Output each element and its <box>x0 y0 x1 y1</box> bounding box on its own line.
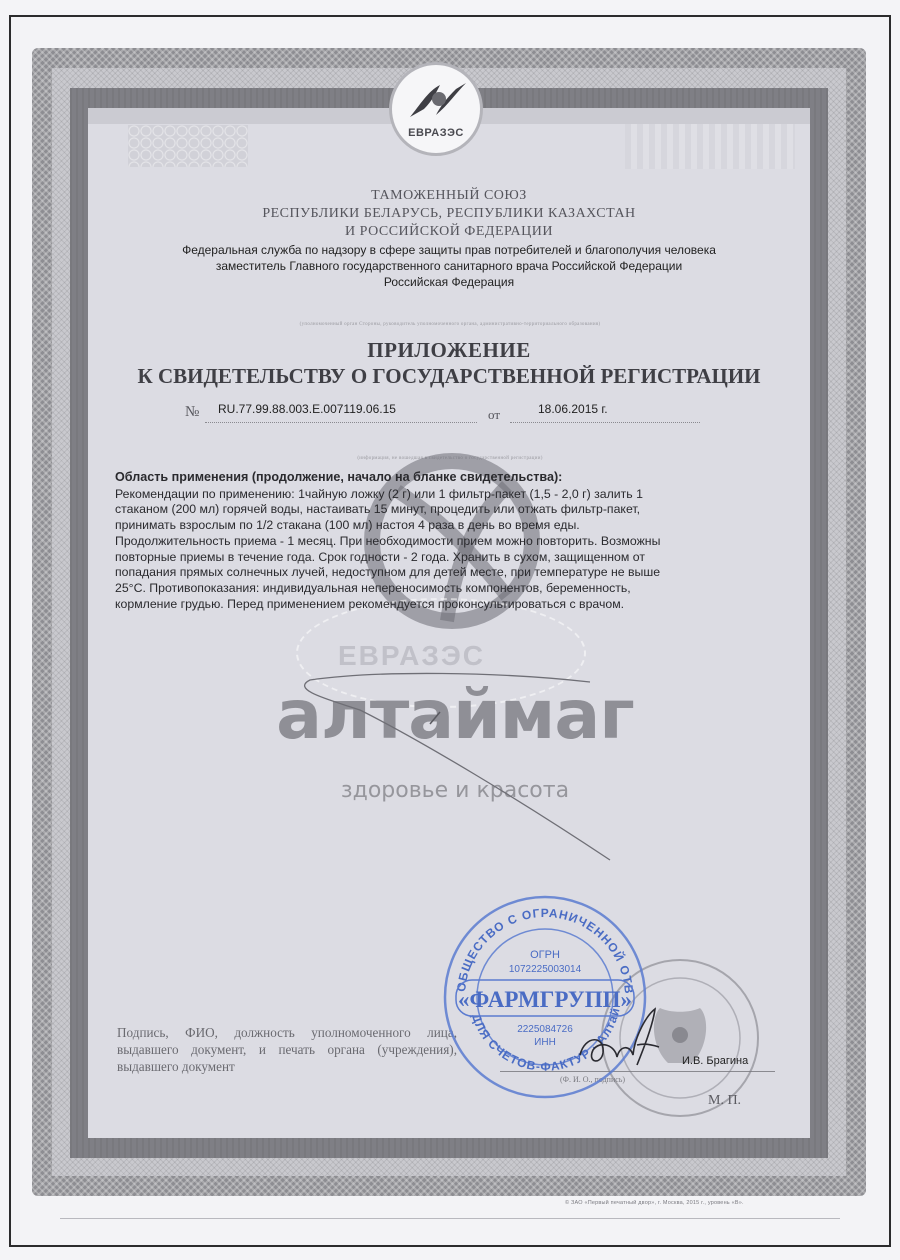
footer-divider <box>60 1218 840 1219</box>
svg-text:1072225003014: 1072225003014 <box>509 964 582 975</box>
printer-note: © ЗАО «Первый печатный двор», г. Москва,… <box>565 1200 744 1206</box>
svg-text:ИНН: ИНН <box>534 1037 556 1048</box>
handwritten-signature-icon <box>575 1005 685 1075</box>
svg-text:ОГРН: ОГРН <box>530 949 560 961</box>
seal-place-label: М. П. <box>708 1093 741 1109</box>
signature-label: Подпись, ФИО, должность уполномоченного … <box>117 1024 457 1075</box>
svg-text:2225084726: 2225084726 <box>517 1024 573 1035</box>
signer-name: И.В. Брагина <box>682 1055 748 1067</box>
